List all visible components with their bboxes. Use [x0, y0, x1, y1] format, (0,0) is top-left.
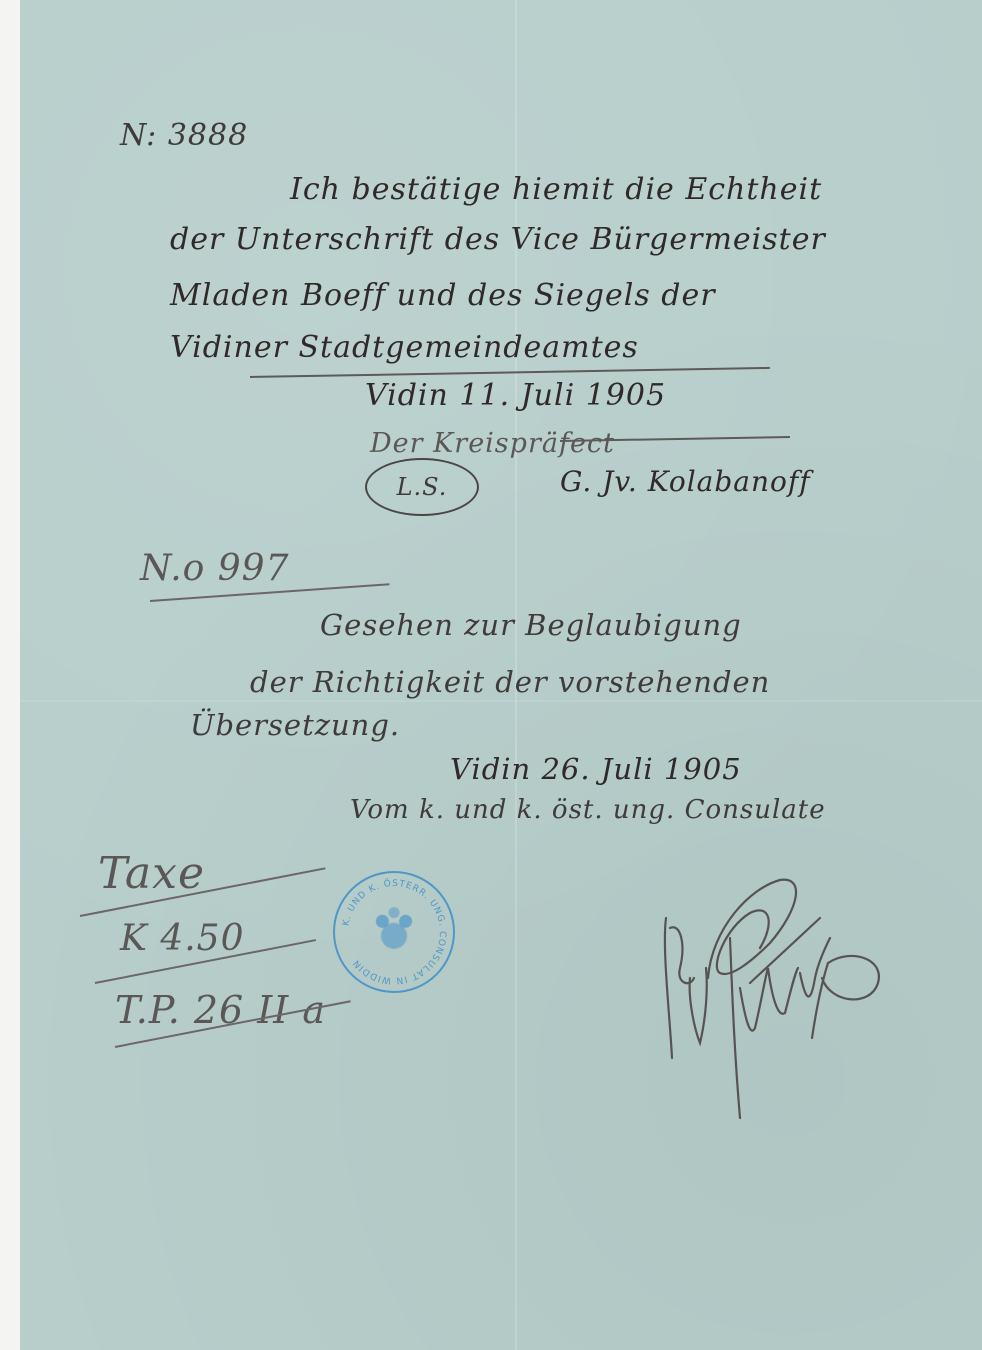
consul-signature — [650, 868, 890, 1128]
certificate-number-2: N.o 997 — [140, 548, 290, 589]
certificate-1-title: Der Kreispräfect — [370, 428, 615, 459]
certificate-2-issuer: Vom k. und k. öst. ung. Consulate — [350, 795, 826, 825]
certificate-1-line-1: Ich bestätige hiemit die Echtheit — [290, 172, 822, 207]
certificate-1-line-2: der Unterschrift des Vice Bürgermeister — [170, 222, 826, 257]
underline — [250, 367, 770, 378]
certificate-1-line-3: Mladen Boeff und des Siegels der — [170, 278, 716, 313]
fee-label: Taxe — [98, 848, 205, 899]
certificate-2-line-3: Übersetzung. — [190, 708, 400, 742]
fold-line-horizontal — [20, 700, 982, 702]
double-headed-eagle-icon — [365, 901, 423, 959]
certificate-2-line-2: der Richtigkeit der vorstehenden — [250, 665, 770, 699]
scan-edge — [0, 0, 20, 1350]
certificate-1-place-date: Vidin 11. Juli 1905 — [365, 378, 666, 413]
fee-amount: K 4.50 — [120, 918, 245, 959]
certificate-1-line-4: Vidiner Stadtgemeindeamtes — [170, 330, 639, 365]
document-page: N: 3888 Ich bestätige hiemit die Echthei… — [20, 0, 982, 1350]
consulate-stamp: K. UND K. ÖSTERR. UNG. CONSULAT IN WIDDI… — [333, 871, 455, 993]
certificate-number-1: N: 3888 — [120, 118, 248, 153]
certificate-2-place-date: Vidin 26. Juli 1905 — [450, 752, 742, 786]
seal-mark-oval: L.S. — [365, 458, 479, 516]
certificate-1-signatory: G. Jv. Kolabanoff — [560, 465, 811, 498]
certificate-2-line-1: Gesehen zur Beglaubigung — [320, 608, 742, 642]
